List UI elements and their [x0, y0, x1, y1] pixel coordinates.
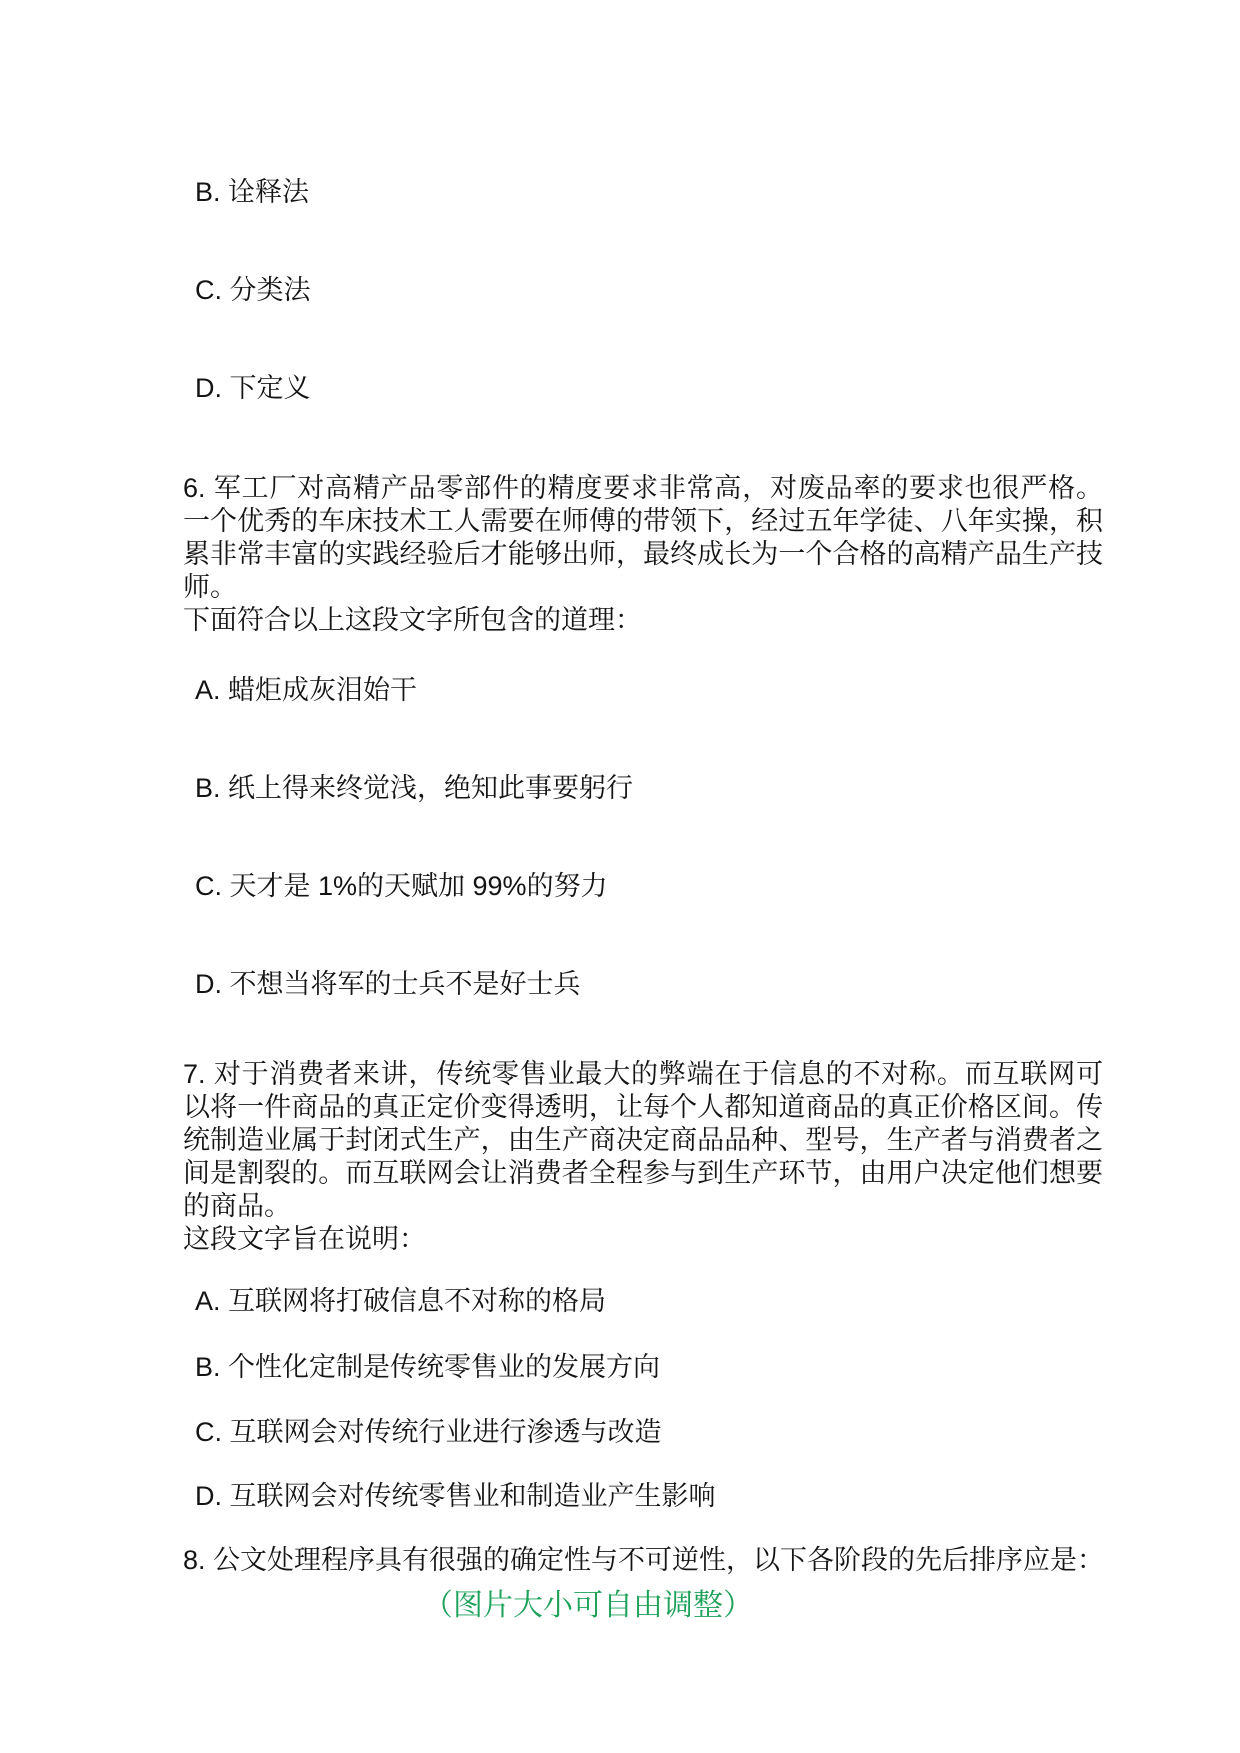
question-7-block: 7. 对于消费者来讲，传统零售业最大的弊端在于信息的不对称。而互联网可以将一件商…: [183, 1058, 1103, 1256]
question-6-option-d: D. 不想当将军的士兵不是好士兵: [195, 968, 1105, 1001]
image-resize-note: （图片大小可自由调整）: [0, 1588, 1176, 1624]
question-6-option-b: B. 纸上得来终觉浅，绝知此事要躬行: [195, 772, 1105, 805]
question-6-block: 6. 军工厂对高精产品零部件的精度要求非常高，对废品率的要求也很严格。一个优秀的…: [183, 472, 1103, 637]
question-6-prompt: 下面符合以上这段文字所包含的道理：: [183, 604, 1103, 637]
question-5-option-b: B. 诠释法: [195, 176, 1105, 209]
question-5-option-d: D. 下定义: [195, 372, 1105, 405]
question-7-option-d: D. 互联网会对传统零售业和制造业产生影响: [195, 1480, 1105, 1513]
question-8-stem: 8. 公文处理程序具有很强的确定性与不可逆性，以下各阶段的先后排序应是：: [183, 1544, 1103, 1577]
question-7-prompt: 这段文字旨在说明：: [183, 1223, 1103, 1256]
question-7-stem: 7. 对于消费者来讲，传统零售业最大的弊端在于信息的不对称。而互联网可以将一件商…: [183, 1058, 1103, 1223]
question-7-option-c: C. 互联网会对传统行业进行渗透与改造: [195, 1416, 1105, 1449]
question-6-option-c: C. 天才是 1%的天赋加 99%的努力: [195, 870, 1105, 903]
question-7-option-a: A. 互联网将打破信息不对称的格局: [195, 1285, 1105, 1318]
question-6-option-a: A. 蜡炬成灰泪始干: [195, 674, 1105, 707]
question-5-option-c: C. 分类法: [195, 274, 1105, 307]
exam-document-page: B. 诠释法 C. 分类法 D. 下定义 6. 军工厂对高精产品零部件的精度要求…: [0, 0, 1240, 1753]
question-6-stem: 6. 军工厂对高精产品零部件的精度要求非常高，对废品率的要求也很严格。一个优秀的…: [183, 472, 1103, 604]
question-7-option-b: B. 个性化定制是传统零售业的发展方向: [195, 1351, 1105, 1384]
